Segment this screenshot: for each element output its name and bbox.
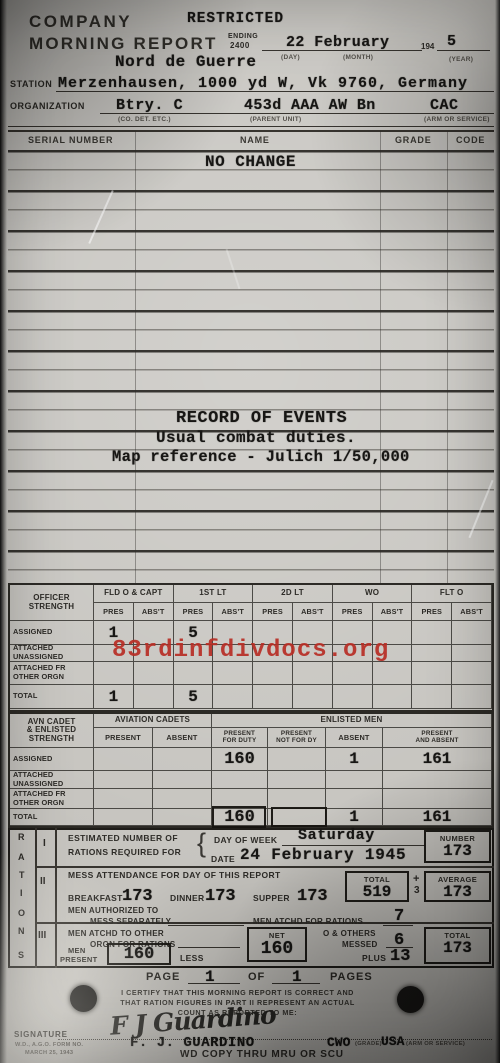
punch-hole-right	[397, 986, 424, 1013]
double-rule-top	[8, 126, 494, 127]
station-value: Merzenhausen, 1000 yd W, Vk 9760, German…	[58, 75, 468, 92]
cadet-cell	[153, 809, 212, 826]
rations-hline-1	[35, 866, 494, 868]
average-value: 173	[426, 884, 489, 900]
officer-cell	[452, 621, 492, 645]
officer-strength-header: OFFICER STRENGTH	[10, 585, 94, 621]
officer-cell	[213, 685, 253, 709]
section-iii-numeral: III	[38, 930, 46, 941]
roster-entry: NO CHANGE	[205, 153, 296, 171]
dinner-value: 173	[205, 887, 236, 906]
number-box: NUMBER 173	[424, 830, 491, 863]
officer-sub-pres: PRES	[253, 603, 293, 621]
year-prefix: 194	[421, 42, 434, 51]
ending-label: ENDING	[228, 33, 258, 40]
officer-cell	[373, 662, 413, 685]
other-orgn-line1: MEN ATCHD TO OTHER	[68, 929, 164, 938]
form-title-line1: COMPANY	[29, 12, 132, 32]
signature-label: SIGNATURE	[14, 1030, 68, 1039]
roster-col-serial: SERIAL NUMBER	[28, 135, 113, 145]
cadet-row-attached-label: ATTACHED UNASSIGNED	[10, 771, 94, 789]
org-service: CAC	[430, 97, 459, 114]
men-present-box: 160	[107, 943, 171, 965]
officer-cell	[134, 662, 174, 685]
group-enlisted-men: ENLISTED MEN	[212, 714, 492, 728]
page-fill-line1	[188, 983, 240, 984]
mess-attendance-title: MESS ATTENDANCE FOR DAY OF THIS REPORT	[68, 870, 281, 880]
officer-cell: 1	[94, 685, 134, 709]
group-aviation-cadets: AVIATION CADETS	[94, 714, 212, 728]
officer-sub-pres: PRES	[333, 603, 373, 621]
date-underline	[262, 50, 422, 51]
rations-letter: O	[18, 908, 25, 918]
officer-cell	[174, 662, 214, 685]
officer-cell	[213, 662, 253, 685]
year-underline	[437, 50, 490, 51]
officer-group-flto: FLT O	[412, 585, 492, 603]
page-label: PAGE	[146, 971, 180, 983]
col-present-for-duty: PRESENTFOR DUTY	[212, 728, 268, 748]
col-present-and-absent: PRESENTAND ABSENT	[383, 728, 492, 748]
officer-row-attached-label: ATTACHED UNASSIGNED	[10, 645, 94, 662]
cadet-cell	[153, 771, 212, 789]
col-absent-enlisted: ABSENT	[326, 728, 383, 748]
scan-edge-right	[495, 0, 500, 1063]
dinner-label: DINNER	[170, 893, 204, 903]
events-line2: Map reference - Julich 1/50,000	[112, 448, 410, 466]
grade-value: CWO	[327, 1035, 350, 1050]
certify-line1: I CERTIFY THAT THIS MORNING REPORT IS CO…	[90, 988, 385, 997]
report-date: 22 February	[286, 34, 389, 51]
day-of-week-label: DAY OF WEEK	[214, 835, 277, 845]
auth-line2: MESS SEPARATELY	[90, 917, 171, 926]
cadet-strength-header: AVN CADET & ENLISTED STRENGTH	[10, 714, 94, 748]
cadet-cell: 160	[212, 748, 268, 771]
rations-letter: I	[20, 888, 23, 898]
form-number: W.D., A.G.O. FORM NO.	[15, 1042, 83, 1048]
divide-sign: +	[413, 873, 419, 885]
officer-cell	[333, 662, 373, 685]
estimated-label-2: RATIONS REQUIRED FOR	[68, 847, 181, 857]
cadet-row-attachedfr-label: ATTACHED FR OTHER ORGN	[10, 789, 94, 809]
officer-group-2lt: 2D LT	[253, 585, 333, 603]
day-of-week-value: Saturday	[298, 827, 375, 844]
breakfast-value: 173	[122, 887, 153, 906]
signature-line	[58, 1039, 492, 1040]
rations-letter: S	[18, 950, 24, 960]
estimated-label-1: ESTIMATED NUMBER OF	[68, 833, 178, 843]
men-present-label1: MEN	[68, 946, 86, 955]
cadet-cell: 1	[326, 809, 383, 826]
officer-sub-abst: ABS'T	[373, 603, 413, 621]
officer-cell	[452, 685, 492, 709]
rations-vline-1	[35, 828, 37, 968]
col-present: PRESENT	[94, 728, 153, 748]
other-fill-line	[178, 947, 240, 948]
cadet-cell	[94, 789, 153, 809]
officer-sub-pres: PRES	[94, 603, 134, 621]
others-label1: O & OTHERS	[323, 929, 376, 938]
organization-label: ORGANIZATION	[10, 101, 85, 111]
col-absent: ABSENT	[153, 728, 212, 748]
officer-cell	[293, 662, 333, 685]
officer-sub-abst: ABS'T	[213, 603, 253, 621]
cadet-cell	[326, 771, 383, 789]
grid-system-note: Nord de Guerre	[115, 53, 256, 71]
col-present-not-for-duty: PRESENTNOT FOR DY	[268, 728, 326, 748]
officer-cell	[373, 685, 413, 709]
cadet-cell	[153, 748, 212, 771]
officer-sub-pres: PRES	[174, 603, 214, 621]
mess-total-box: TOTAL 519	[345, 871, 409, 902]
officer-cell	[134, 685, 174, 709]
cadet-cell: 161	[383, 809, 492, 826]
number-value: 173	[426, 843, 489, 859]
year-sublabel: (YEAR)	[449, 56, 473, 63]
rations-letter: T	[19, 870, 25, 880]
officer-sub-abst: ABS'T	[134, 603, 174, 621]
cadet-cell	[326, 789, 383, 809]
cadet-cell	[383, 771, 492, 789]
org-service-sublabel: (ARM OR SERVICE)	[424, 116, 490, 123]
service-value: USA	[381, 1034, 404, 1049]
atchd-fill-line	[383, 925, 413, 926]
org-underline	[100, 113, 494, 114]
officer-cell	[412, 645, 452, 662]
form-date: MARCH 25, 1943	[25, 1050, 73, 1056]
org-unit-sublabel: (CO. DET. ETC.)	[118, 116, 171, 123]
classification-stamp: RESTRICTED	[187, 11, 284, 27]
less-label: LESS	[180, 953, 204, 963]
officer-cell	[412, 662, 452, 685]
net-box: NET 160	[247, 927, 307, 962]
org-parent: 453d AAA AW Bn	[244, 97, 376, 114]
total-pnfd-heavy-box	[271, 807, 327, 827]
supper-label: SUPPER	[253, 893, 290, 903]
auth-fill-line	[168, 925, 244, 926]
station-label: STATION	[10, 79, 52, 89]
brace: {	[197, 828, 206, 859]
officer-cell	[452, 662, 492, 685]
mess-total-value: 519	[347, 884, 407, 900]
ruled-lines	[8, 150, 494, 586]
breakfast-label: BREAKFAST	[68, 893, 123, 903]
officer-sub-abst: ABS'T	[452, 603, 492, 621]
officer-cell	[94, 662, 134, 685]
cadet-cell	[268, 748, 326, 771]
cadet-cell	[94, 748, 153, 771]
officer-cell	[412, 685, 452, 709]
others-label2: MESSED	[342, 940, 378, 949]
cadet-cell	[94, 771, 153, 789]
officer-group-wo: WO	[333, 585, 413, 603]
cadet-cell	[268, 789, 326, 809]
cadet-row-total-label: TOTAL	[10, 809, 94, 826]
org-unit: Btry. C	[116, 97, 183, 114]
rations-letter: R	[18, 832, 25, 842]
roster-col-name: NAME	[240, 135, 270, 145]
date-label: DATE	[211, 854, 235, 864]
page-fill-line2	[272, 983, 320, 984]
watermark-text: 83rdinfdivdocs.org	[112, 637, 389, 664]
column-divider-grade	[380, 131, 381, 583]
roster-col-code: CODE	[456, 135, 485, 145]
station-underline	[56, 91, 494, 92]
section-ii-numeral: II	[40, 876, 46, 887]
cadet-cell	[268, 771, 326, 789]
rations-date-value: 24 February 1945	[240, 846, 406, 864]
form-title-line2: MORNING REPORT	[29, 34, 218, 54]
auth-line1: MEN AUTHORIZED TO	[68, 906, 158, 915]
net-value: 160	[249, 940, 305, 958]
month-sublabel: (MONTH)	[343, 54, 373, 61]
roster-col-grade: GRADE	[395, 135, 432, 145]
plus-label: PLUS	[362, 953, 386, 963]
supper-value: 173	[297, 887, 328, 906]
day-sublabel: (DAY)	[281, 54, 300, 61]
plus-value: 13	[390, 947, 410, 966]
rations-total-value: 173	[426, 940, 489, 956]
officer-row-attachedfr-label: ATTACHED FR OTHER ORGN	[10, 662, 94, 685]
routing-note: WD COPY THRU MRU OR SCU	[180, 1049, 344, 1060]
officer-cell	[293, 685, 333, 709]
column-divider-code	[447, 131, 448, 583]
average-box: AVERAGE 173	[424, 871, 491, 902]
officer-sub-abst: ABS'T	[293, 603, 333, 621]
total-pfd-heavy-box	[212, 806, 266, 828]
section-i-numeral: I	[43, 838, 46, 849]
grade-sublabel: (GRADE)	[355, 1041, 382, 1047]
rations-vline-2	[55, 828, 57, 968]
double-rule-bottom	[8, 130, 494, 132]
rations-letter: N	[18, 926, 25, 936]
cadet-cell: 161	[383, 748, 492, 771]
column-divider-serial	[135, 131, 136, 583]
atchd-rations-value: 7	[394, 907, 404, 926]
service-sublabel: (ARM OR SERVICE)	[406, 1041, 465, 1047]
officer-cell	[253, 685, 293, 709]
cadet-cell: 1	[326, 748, 383, 771]
events-title: RECORD OF EVENTS	[176, 409, 347, 428]
cadet-cell	[383, 789, 492, 809]
scan-edge-left	[0, 0, 7, 1063]
officer-cell	[253, 662, 293, 685]
org-parent-sublabel: (PARENT UNIT)	[250, 116, 301, 123]
year-digit: 5	[447, 33, 456, 50]
events-line1: Usual combat duties.	[156, 429, 356, 447]
cadet-row-assigned-label: ASSIGNED	[10, 748, 94, 771]
officer-cell	[412, 621, 452, 645]
men-present-value: 160	[109, 945, 169, 964]
divide-by: 3	[414, 885, 420, 896]
officer-row-total-label: TOTAL	[10, 685, 94, 709]
cadet-cell	[212, 771, 268, 789]
ending-time: 2400	[230, 41, 250, 50]
officer-group-fld: FLD O & CAPT	[94, 585, 174, 603]
of-label: OF	[248, 971, 265, 983]
officer-group-1lt: 1ST LT	[174, 585, 254, 603]
officer-row-assigned-label: ASSIGNED	[10, 621, 94, 645]
cadet-cell	[153, 789, 212, 809]
morning-report-scan: COMPANY RESTRICTED MORNING REPORT ENDING…	[0, 0, 500, 1063]
atchd-rations-label: MEN ATCHD FOR RATIONS	[253, 917, 363, 926]
officer-sub-pres: PRES	[412, 603, 452, 621]
punch-hole-left	[70, 985, 97, 1012]
men-present-label2: PRESENT	[60, 955, 98, 964]
pages-label: PAGES	[330, 971, 373, 983]
officer-cell	[333, 685, 373, 709]
officer-cell	[452, 645, 492, 662]
rations-letter: A	[18, 852, 25, 862]
cadet-cell	[94, 809, 153, 826]
rations-total-box: TOTAL 173	[424, 927, 491, 964]
officer-cell: 5	[174, 685, 214, 709]
